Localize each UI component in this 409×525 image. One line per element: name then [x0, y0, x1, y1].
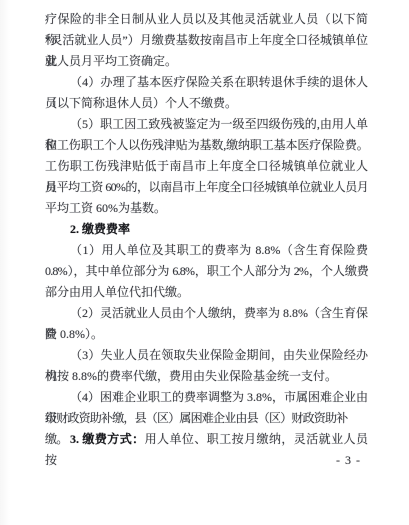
- section-heading-method: 3. 缴费方式：: [70, 432, 145, 446]
- text-line: （4）困难企业职工的费率调整为 3.8%，市属困难企业由市: [45, 387, 368, 408]
- text-line: （5）职工因工致残被鉴定为一级至四级伤残的,由用人单位: [45, 114, 368, 135]
- text-line: （1）用人单位及其职工的费率为 8.8%（含生育保险费: [45, 240, 368, 261]
- page-number: - 3 -: [45, 450, 368, 471]
- text-line: 工伤职工伤残津贴低于南昌市上年度全口径城镇单位就业人员: [45, 156, 368, 177]
- text-line: 业人员月平均工资确定。: [45, 51, 368, 72]
- text-line: 疗保险的非全日制从业人员以及其他灵活就业人员（以下简称: [45, 9, 368, 30]
- text-line: 级财政资助补缴，县（区）属困难企业由县（区）财政资助补缴。: [45, 408, 368, 429]
- text-line: 部分由用人单位代扣代缴。: [45, 282, 368, 303]
- text-line: 费 0.8%）。: [45, 324, 368, 345]
- text-line: （3）失业人员在领取失业保险金期间，由失业保险经办机: [45, 345, 368, 366]
- text-line: （4）办理了基本医疗保险关系在职转退休手续的退休人员: [45, 72, 368, 93]
- section-heading-rate: 2. 缴费费率: [45, 219, 368, 240]
- document-page: 疗保险的非全日制从业人员以及其他灵活就业人员（以下简称 “灵活就业人员”）月缴费…: [0, 0, 409, 525]
- text-line: （以下简称退休人员）个人不缴费。: [45, 93, 368, 114]
- text-line: 和工伤职工个人以伤残津贴为基数,缴纳职工基本医疗保险费。: [45, 135, 368, 156]
- text-line: （2）灵活就业人员由个人缴纳，费率为 8.8%（含生育保险: [45, 303, 368, 324]
- text-line: “灵活就业人员”）月缴费基数按南昌市上年度全口径城镇单位就: [45, 30, 368, 51]
- section-heading-method-line: 3. 缴费方式：用人单位、职工按月缴纳，灵活就业人员按: [45, 429, 368, 450]
- text-line: 构按 8.8%的费率代缴，费用由失业保险基金统一支付。: [45, 366, 368, 387]
- document-body: 疗保险的非全日制从业人员以及其他灵活就业人员（以下简称 “灵活就业人员”）月缴费…: [45, 9, 368, 471]
- text-line: 平均工资 60%为基数。: [45, 198, 368, 219]
- text-line: 0.8%），其中单位部分为 6.8%，职工个人部分为 2%，个人缴费: [45, 261, 368, 282]
- text-line: 月平均工资 60%的，以南昌市上年度全口径城镇单位就业人员月: [45, 177, 368, 198]
